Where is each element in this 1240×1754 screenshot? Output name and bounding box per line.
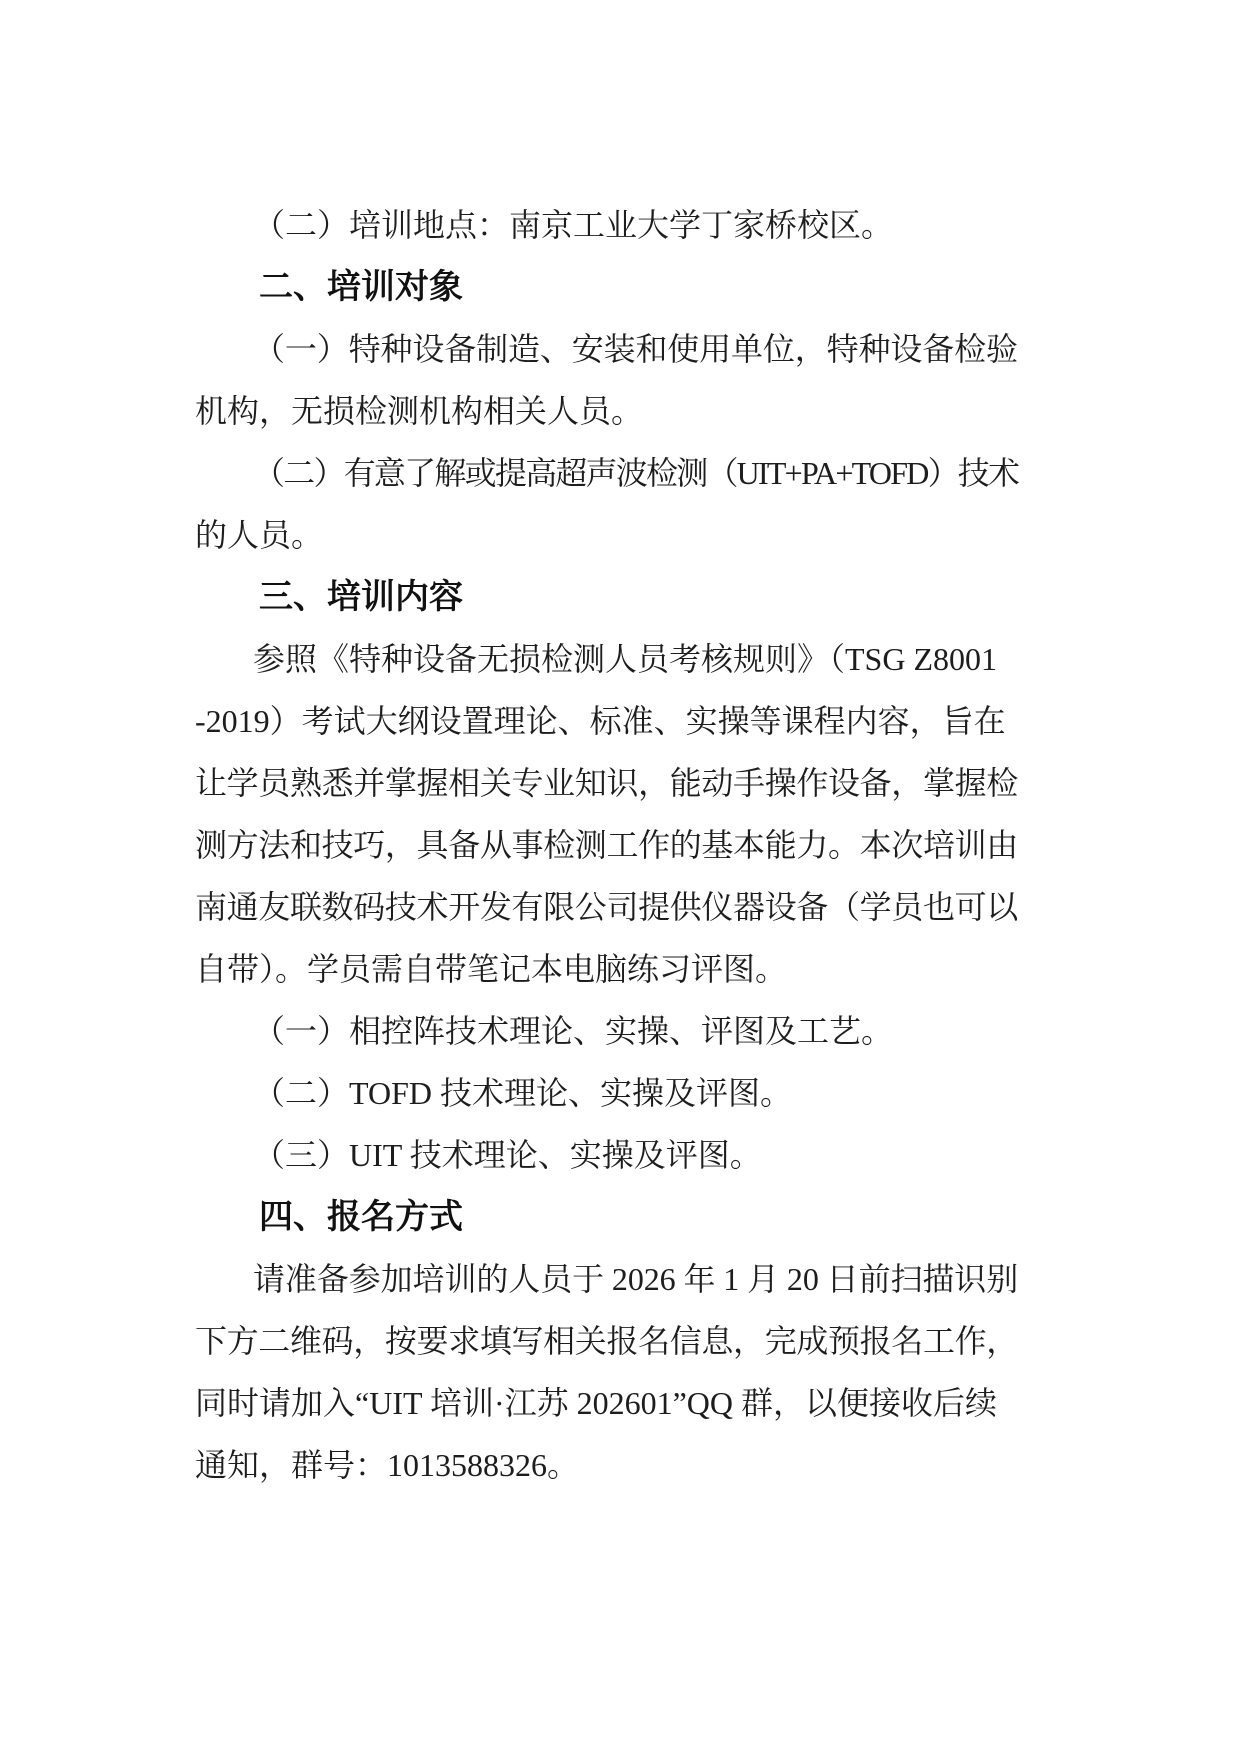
section-heading: 三、培训内容 <box>195 566 1018 628</box>
text-line: 的人员。 <box>195 504 1018 566</box>
section-heading: 四、报名方式 <box>195 1186 1018 1248</box>
text-line: （二）培训地点：南京工业大学丁家桥校区。 <box>195 194 1018 256</box>
text-line: 同时请加入“UIT 培训·江苏 202601”QQ 群，以便接收后续 <box>195 1372 1018 1434</box>
text-line: 自带）。学员需自带笔记本电脑练习评图。 <box>195 938 1018 1000</box>
document-page: （二）培训地点：南京工业大学丁家桥校区。二、培训对象（一）特种设备制造、安装和使… <box>0 0 1240 1754</box>
text-line: 测方法和技巧，具备从事检测工作的基本能力。本次培训由 <box>195 814 1018 876</box>
text-line: 下方二维码，按要求填写相关报名信息，完成预报名工作， <box>195 1310 1018 1372</box>
text-line: （二）有意了解或提高超声波检测（UIT+PA+TOFD）技术 <box>195 442 1018 504</box>
text-line: 机构，无损检测机构相关人员。 <box>195 380 1018 442</box>
text-line: 请准备参加培训的人员于 2026 年 1 月 20 日前扫描识别 <box>195 1248 1018 1310</box>
text-line: （一）相控阵技术理论、实操、评图及工艺。 <box>195 1000 1018 1062</box>
text-line: 参照《特种设备无损检测人员考核规则》（TSG Z8001 <box>195 628 1018 690</box>
text-line: 让学员熟悉并掌握相关专业知识，能动手操作设备，掌握检 <box>195 752 1018 814</box>
text-line: 南通友联数码技术开发有限公司提供仪器设备（学员也可以 <box>195 876 1018 938</box>
document-text-block: （二）培训地点：南京工业大学丁家桥校区。二、培训对象（一）特种设备制造、安装和使… <box>195 194 1018 1496</box>
section-heading: 二、培训对象 <box>195 256 1018 318</box>
text-line: （二）TOFD 技术理论、实操及评图。 <box>195 1062 1018 1124</box>
text-line: -2019）考试大纲设置理论、标准、实操等课程内容，旨在 <box>195 690 1018 752</box>
text-line: （三）UIT 技术理论、实操及评图。 <box>195 1124 1018 1186</box>
text-line: 通知，群号：1013588326。 <box>195 1434 1018 1496</box>
text-line: （一）特种设备制造、安装和使用单位，特种设备检验 <box>195 318 1018 380</box>
